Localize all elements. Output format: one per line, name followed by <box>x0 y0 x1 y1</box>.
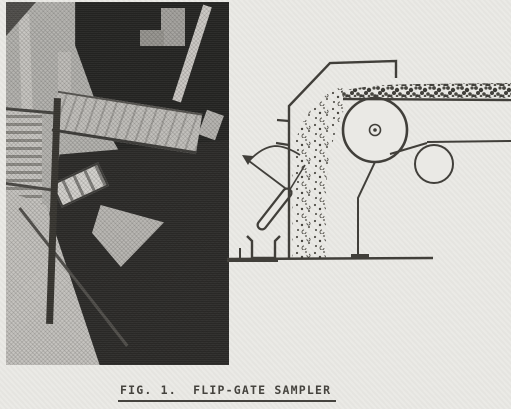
material-on-belt <box>341 83 511 98</box>
flip-gate-sampler-diagram <box>222 42 511 267</box>
scanned-figure-page: { "figure": { "caption": "FIG. 1. FLIP-G… <box>0 0 511 409</box>
figure-caption: FIG. 1. FLIP-GATE SAMPLER <box>118 383 336 402</box>
ground-line <box>227 248 433 260</box>
snub-roller <box>415 145 453 183</box>
belt-support <box>351 162 375 257</box>
equipment-photo <box>6 2 229 365</box>
photo-halftone-texture <box>6 2 229 365</box>
sample-container <box>247 236 280 258</box>
